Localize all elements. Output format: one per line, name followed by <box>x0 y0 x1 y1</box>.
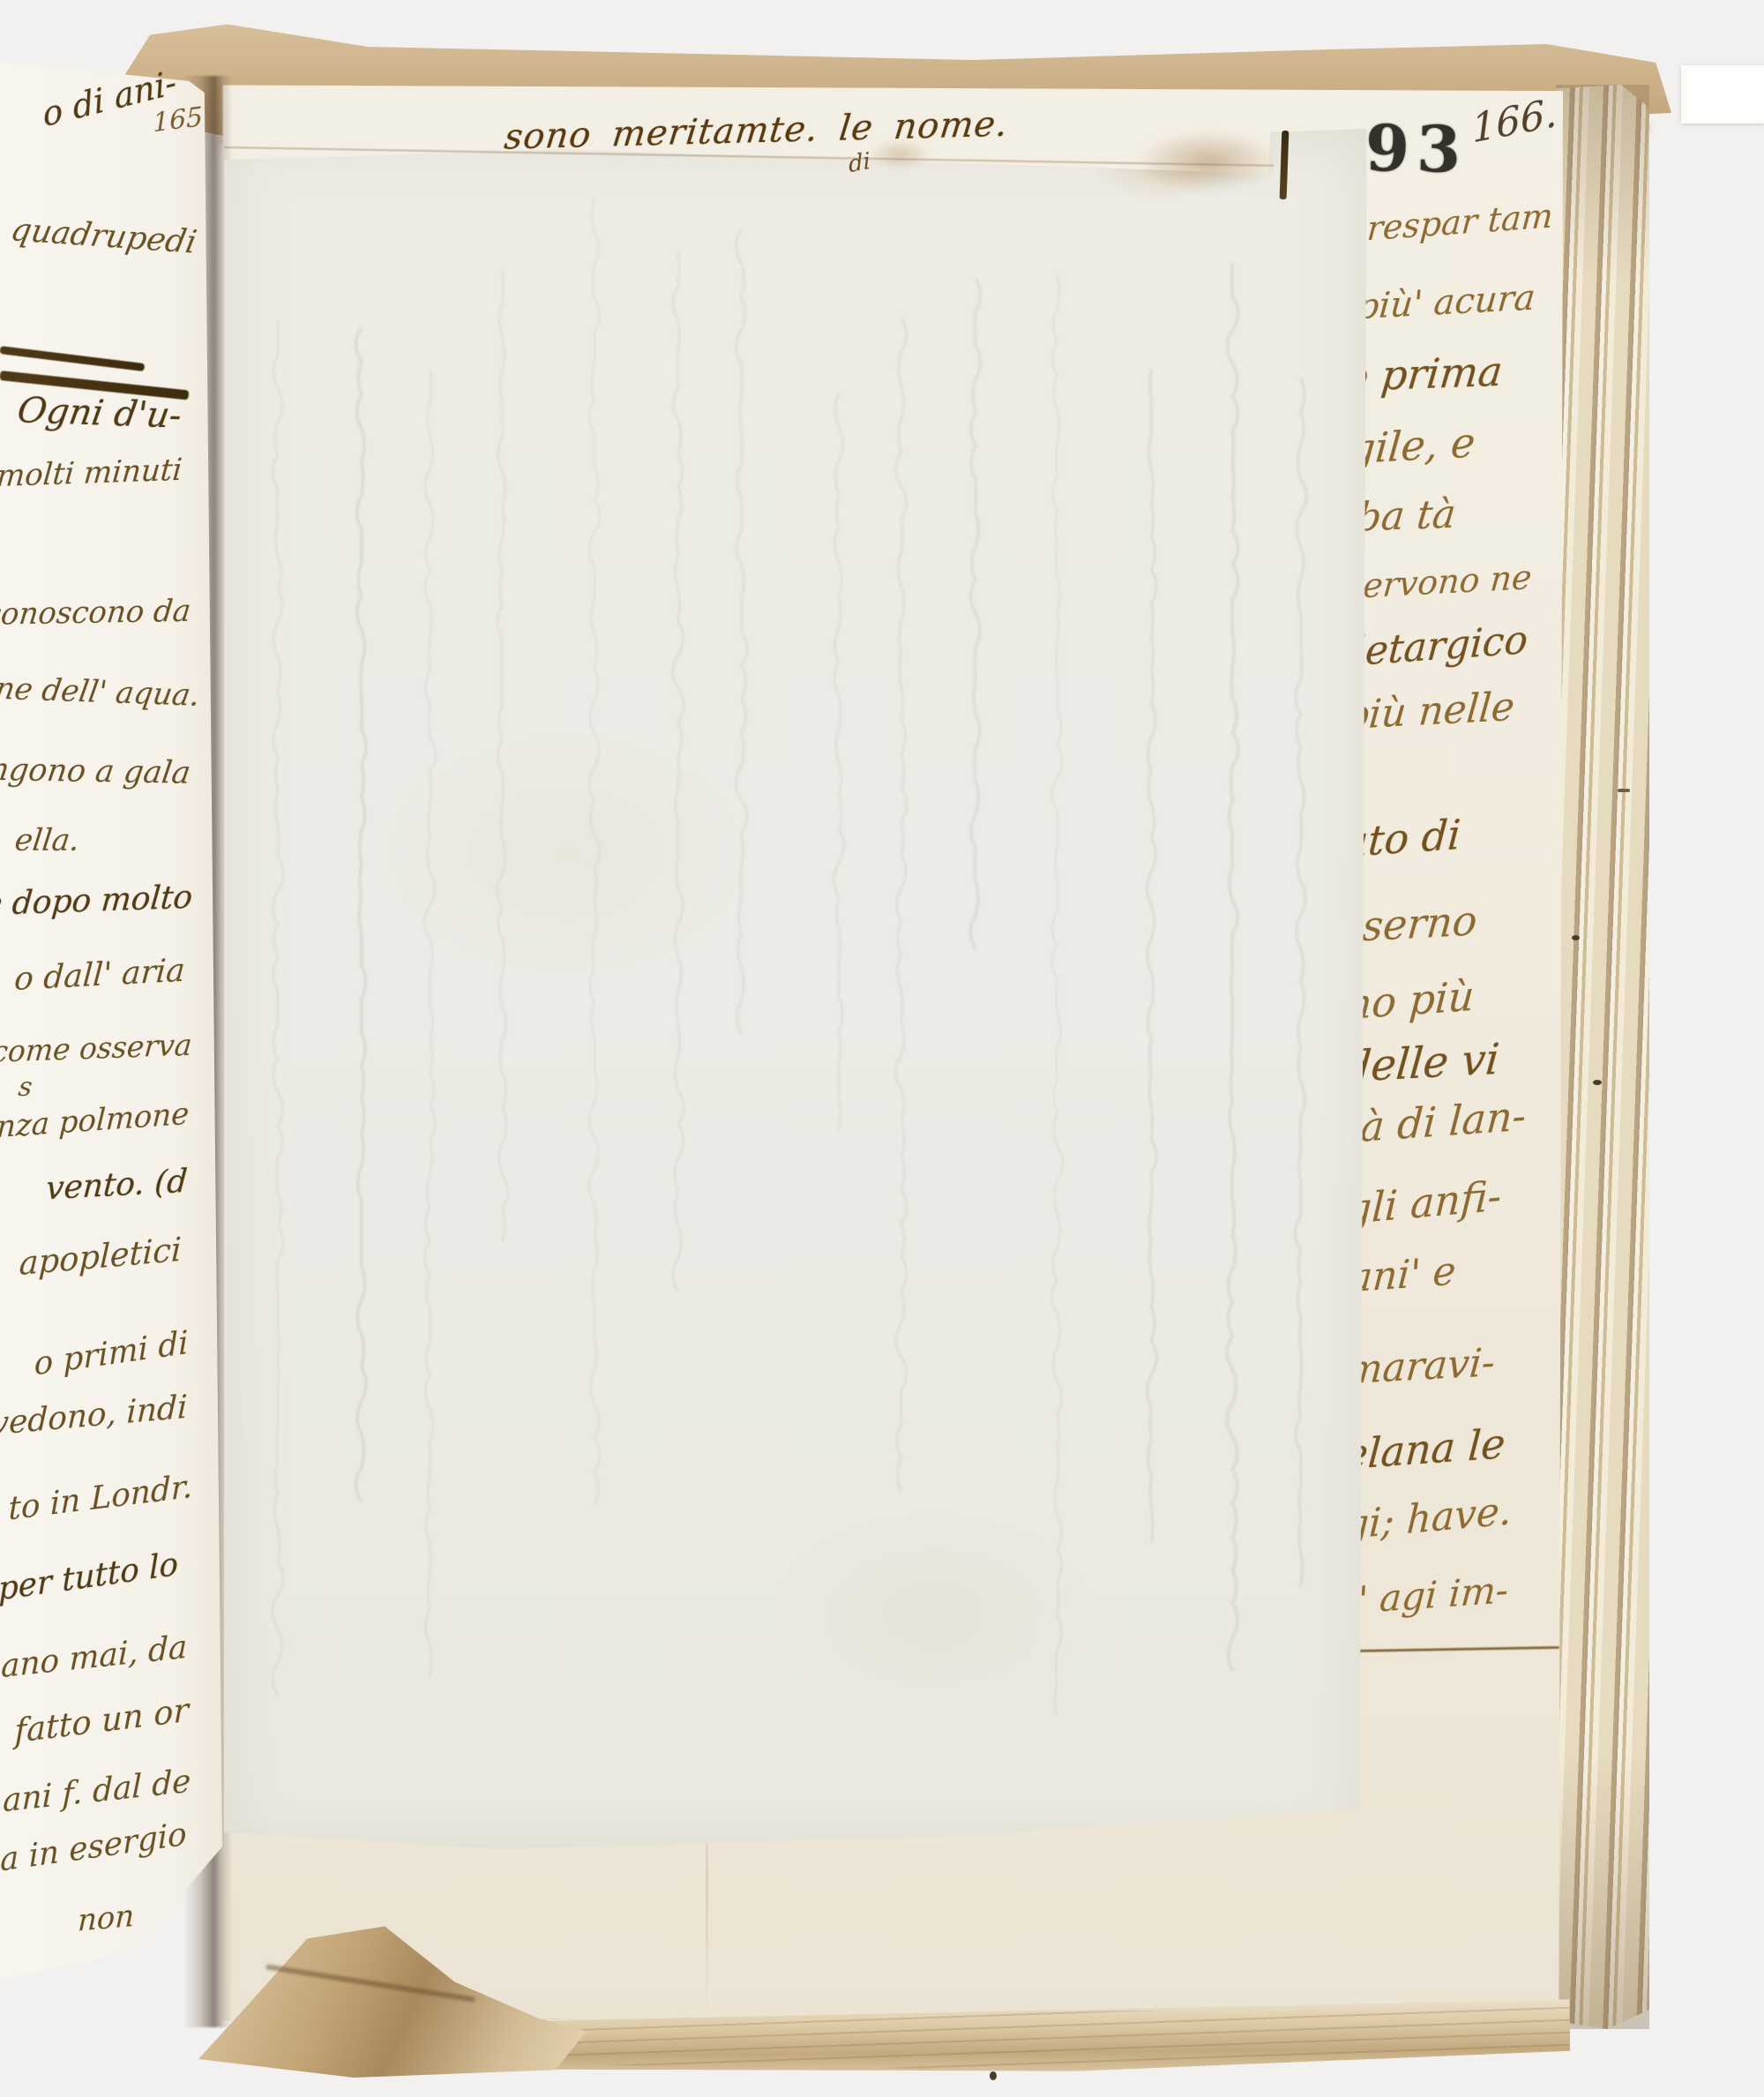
overlay-sheet <box>222 129 1369 1854</box>
page-number-stamp: 93 <box>1364 110 1469 187</box>
left-page <box>0 62 222 1989</box>
paper-speck <box>1593 1080 1602 1085</box>
ink-stain <box>1138 131 1279 192</box>
white-tab <box>1681 65 1764 124</box>
paper-speck <box>1618 789 1630 792</box>
paper-speck <box>990 2071 997 2080</box>
fore-edge-page-stack <box>1556 85 1649 2029</box>
manuscript-photo: respar tam più' acura o prima gile, e ib… <box>0 0 1764 2097</box>
header-small-mark: di <box>848 150 871 176</box>
paper-speck <box>1572 935 1580 940</box>
